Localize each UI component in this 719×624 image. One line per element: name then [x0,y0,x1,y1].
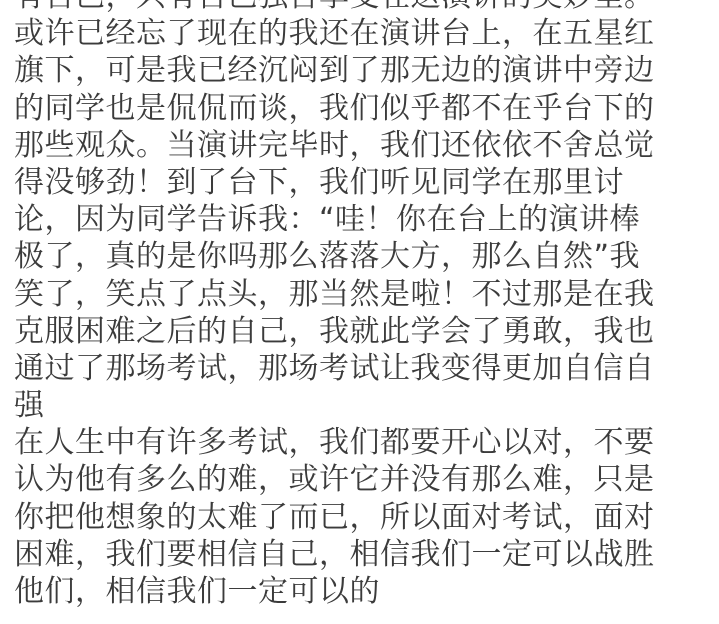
text-line: 认为他有多么的难，或许它并没有那么难，只是 [14,461,719,498]
document-body: 有自己，只有自己独自享受在这演讲的美妙里。 或许已经忘了现在的我还在演讲台上，在… [0,0,719,610]
text-line: 他们，相信我们一定可以的 [14,573,719,610]
text-line: 强 [14,387,719,424]
text-line: 旗下，可是我已经沉闷到了那无边的演讲中旁边 [14,52,719,89]
text-line: 论，因为同学告诉我：“哇！你在台上的演讲棒 [14,201,719,238]
text-line: 的同学也是侃侃而谈，我们似乎都不在乎台下的 [14,90,719,127]
text-line: 或许已经忘了现在的我还在演讲台上，在五星红 [14,15,719,52]
text-line: 有自己，只有自己独自享受在这演讲的美妙里。 [14,0,719,15]
text-line: 那些观众。当演讲完毕时，我们还依依不舍总觉 [14,127,719,164]
text-line: 你把他想象的太难了而已，所以面对考试，面对 [14,499,719,536]
text-line: 困难，我们要相信自己，相信我们一定可以战胜 [14,536,719,573]
text-line: 得没够劲！到了台下，我们听见同学在那里讨 [14,164,719,201]
text-line: 极了，真的是你吗那么落落大方，那么自然”我 [14,238,719,275]
text-line: 克服困难之后的自己，我就此学会了勇敢，我也 [14,313,719,350]
text-line: 在人生中有许多考试，我们都要开心以对，不要 [14,424,719,461]
text-line: 笑了，笑点了点头，那当然是啦！不过那是在我 [14,276,719,313]
text-line: 通过了那场考试，那场考试让我变得更加自信自 [14,350,719,387]
